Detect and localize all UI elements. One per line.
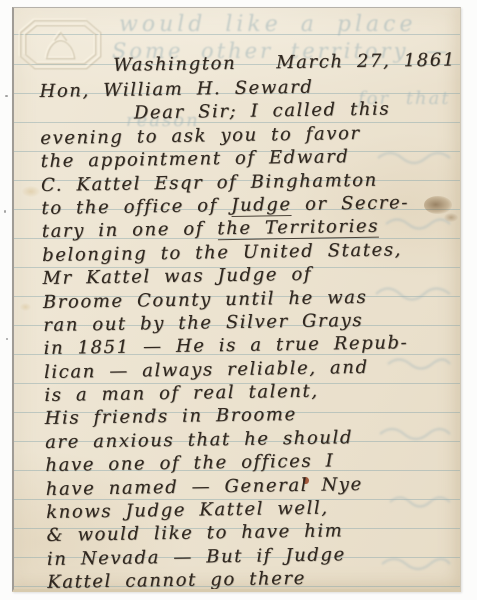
letter-text: is a man of real talent, [44,381,319,406]
letter-text: His friends in Broome [45,404,297,429]
underlined-text: the Territories [217,216,379,241]
letter-text: Mr Kattel was Judge of [42,264,312,289]
bleedthrough-text: would like a place [119,12,416,37]
letter-text: Broome County until he was [43,286,368,312]
letter-body: Dear Sir; I called thisevening to ask yo… [40,97,461,592]
pencil-speck [4,210,6,213]
letter-text: are anxious that he should [45,427,353,453]
pencil-speck [6,338,8,340]
letter-text: have one of the offices I [45,451,334,477]
letter-text: Dear Sir; I called this [134,99,391,124]
letter-text: to the office of [41,195,231,219]
letter-text: in Nevada — But if Judge [47,544,346,570]
letter-paper: would like a placeSome other territory —… [12,7,461,592]
letter-text: tary in one of [42,219,218,243]
letter-text: evening to ask you to favor [40,123,361,149]
underlined-text: Judge [231,194,292,217]
letter-writing: Washington March 27, 1861 Hon, William H… [39,47,461,592]
letter-text: lican — always reliable, and [44,357,369,383]
letter-text: & would like to have him [46,521,343,547]
letter-text: belonging to the United States, [42,239,402,266]
letter-text: ran out by the Silver Grays [43,310,363,336]
letter-text: knows Judge Kattel well, [46,498,329,523]
letter-text: the appointment of Edward [41,146,350,172]
paper-stain [22,186,40,197]
paper-stain [20,303,31,311]
pencil-speck [5,95,8,97]
letter-text: Kattel cannot go there [47,568,306,592]
letter-text: or Secre- [292,192,410,215]
letter-text: have named — General Nye [46,474,363,500]
